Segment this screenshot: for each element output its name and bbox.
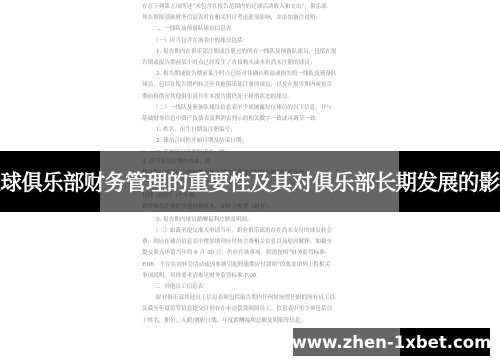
doc-line: 基础财务信息中资产负债表及利润表列示的相关数字一致或可调节一致： <box>142 114 354 125</box>
doc-line: 告期或报告期前某个时点已经发生了直接购买或本但尚未注册的球员； <box>142 58 354 69</box>
title-banner: 2. 球员合同的开始日期及结束日期； 3. 获得球员注册的成本，即： 转会费：包… <box>0 151 500 212</box>
doc-line: 事项说明。具体要求请参见财务监管标准-F.06。 <box>142 271 354 282</box>
doc-line: 1. 姓名、出生日期及注册编号； <box>142 125 354 136</box>
doc-line: 及截至年度监管信息提交日仍存在未清偿款项的员工。信息表中至少须包括员 <box>142 304 354 315</box>
section-heading: 三、其他员工信息表 <box>142 282 354 293</box>
doc-line: 存在下列第五项所述“未包含在报告范围内的足球活动收入和支出”，俱乐部 <box>142 2 354 13</box>
doc-line: 须在填报基础财务信息表时在相关科目考虑此项影响，并添加备注说明。 <box>142 13 354 24</box>
doc-line: 2. 球员合同的开始日期及结束日期； <box>142 136 354 147</box>
doc-line: 5. 报告期内球员薪酬福利总额及明细。 <box>142 215 354 226</box>
subsection-heading: （三）如截至提交准入申请当年，职业俱乐部仍存在尚未支付的球员转会 <box>142 226 354 237</box>
subsection-heading: （二）一线队及预备队球员信息表至少须披露每位球员的以下信息，并与 <box>142 103 354 114</box>
doc-line: 提交准入申请当年的 6 月 30 日，仍存在该事项，则需按照“财务监管标准- <box>142 248 354 259</box>
doc-line: F.06 不存在由转会活动或因参赛引起的逾期应付款项”的要求填列上报相关 <box>142 260 354 271</box>
doc-line: 2. 报告期或报告期前某个时点已经对其确认收益或损失的一线队及预备队 <box>142 69 354 80</box>
section-heading: 二、一线队及预备队球员信息表 <box>142 24 354 35</box>
article-title: 足球俱乐部财务管理的重要性及其对俱乐部长期发展的影响 <box>0 151 500 212</box>
watermark: www.zhen-1xbet.com <box>293 328 490 356</box>
subsection-heading: （一）应当包含在该表中的球员包括： <box>142 36 354 47</box>
doc-line: 费，则应在球员信息表中增加填列应付转会费相关信息以及原因解释。如截至 <box>142 237 354 248</box>
watermark-url: www.zhen-1xbet.com <box>293 328 490 356</box>
doc-line: 期前租借至其他俱乐部且在本报告期仍处于租借状态的球员。 <box>142 92 354 103</box>
doc-line: 球员，包括在报告期内转会至其他俱乐部注册的球员，以及在报告期内或报告 <box>142 80 354 91</box>
doc-line: 工姓名、职位、入职/离职日期、年度薪酬福利总额及明细等信息。 <box>142 316 354 327</box>
doc-line: 1. 报告期内在俱乐部注册或注册过的所有一线队及预备队球员，包括在报 <box>142 47 354 58</box>
doc-line: 职业俱乐部其他员工信息表须包括报告期内任何时间曾任职的所有员工以 <box>142 293 354 304</box>
